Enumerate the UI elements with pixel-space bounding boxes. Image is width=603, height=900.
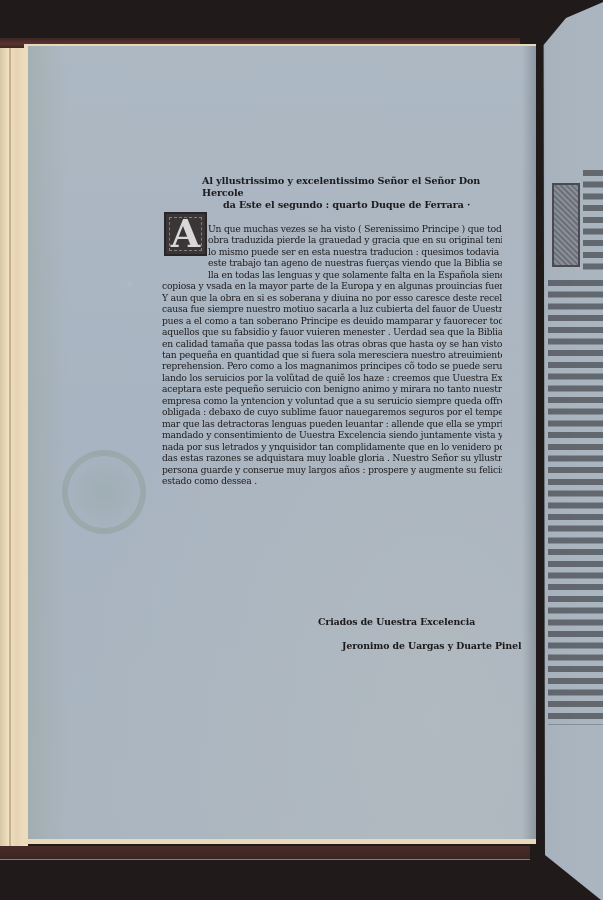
signature-line-1: Criados de Uuestra Excelencia: [318, 617, 475, 628]
body-line: este trabajo tan ageno de nuestras fuerç…: [162, 258, 502, 269]
body-line: pues a el como a tan soberano Principe e…: [162, 316, 502, 327]
body-line: lo mismo puede ser en esta nuestra tradu…: [162, 247, 502, 258]
body-line: mar que las detractoras lenguas pueden l…: [162, 419, 502, 430]
library-stamp-icon: [62, 450, 146, 534]
right-page-text-fragment: [583, 170, 603, 275]
heading-line-2: da Este el segundo : quarto Duque de Fer…: [162, 200, 502, 212]
body-line: en calidad tamaña que passa todas las ot…: [162, 339, 502, 350]
body-line: das estas razones se adquistara muy loab…: [162, 453, 502, 464]
dedication-heading: Al yllustrissimo y excelentissimo Señor …: [162, 176, 502, 212]
body-line: lando los seruicios por la volũtad de qu…: [162, 373, 502, 384]
body-line: estado como dessea .: [162, 476, 502, 487]
body-line: lla en todas las lenguas y que solamente…: [162, 270, 502, 281]
body-line: Un que muchas vezes se ha visto ( Sereni…: [162, 224, 502, 235]
body-line: copiosa y vsada en la mayor parte de la …: [162, 281, 502, 292]
body-line: tan pequeña en quantidad que si fuera so…: [162, 350, 502, 361]
body-line: causa fue siempre nuestro motiuo sacarla…: [162, 304, 502, 315]
body-line: reprehension. Pero como a los magnanimos…: [162, 361, 502, 372]
body-line: obra traduzida pierde la grauedad y grac…: [162, 235, 502, 246]
right-page-text-fragment: [548, 280, 603, 725]
dedication-text: Al yllustrissimo y excelentissimo Señor …: [162, 176, 502, 487]
body-line: persona guarde y conserue muy largos año…: [162, 465, 502, 476]
signature-line-2: Jeronimo de Uargas y Duarte Pinel: [342, 641, 521, 652]
body-line: Y aun que la obra en si es soberana y di…: [162, 293, 502, 304]
page-shading: [28, 46, 68, 839]
heading-line-1: Al yllustrissimo y excelentissimo Señor …: [162, 176, 502, 200]
right-page-decorated-initial-icon: [552, 183, 580, 267]
body-line: empresa como la yntencion y voluntad que…: [162, 396, 502, 407]
body-line: aceptara este pequeño seruicio con benig…: [162, 384, 502, 395]
body-line: nada por sus letrados y ynquisidor tan c…: [162, 442, 502, 453]
dedication-body: Un que muchas vezes se ha visto ( Sereni…: [162, 224, 502, 487]
book-spread: Al yllustrissimo y excelentissimo Señor …: [0, 0, 603, 900]
cover-edge-bottom: [0, 846, 530, 860]
body-line: obligada : debaxo de cuyo sublime fauor …: [162, 407, 502, 418]
decorated-initial-icon: A: [164, 212, 207, 256]
left-page: Al yllustrissimo y excelentissimo Señor …: [24, 44, 536, 844]
body-line: aquellos que su fabsidio y fauor vuieren…: [162, 327, 502, 338]
body-line: mandado y consentimiento de Uuestra Exce…: [162, 430, 502, 441]
page-gutter: [522, 46, 536, 839]
